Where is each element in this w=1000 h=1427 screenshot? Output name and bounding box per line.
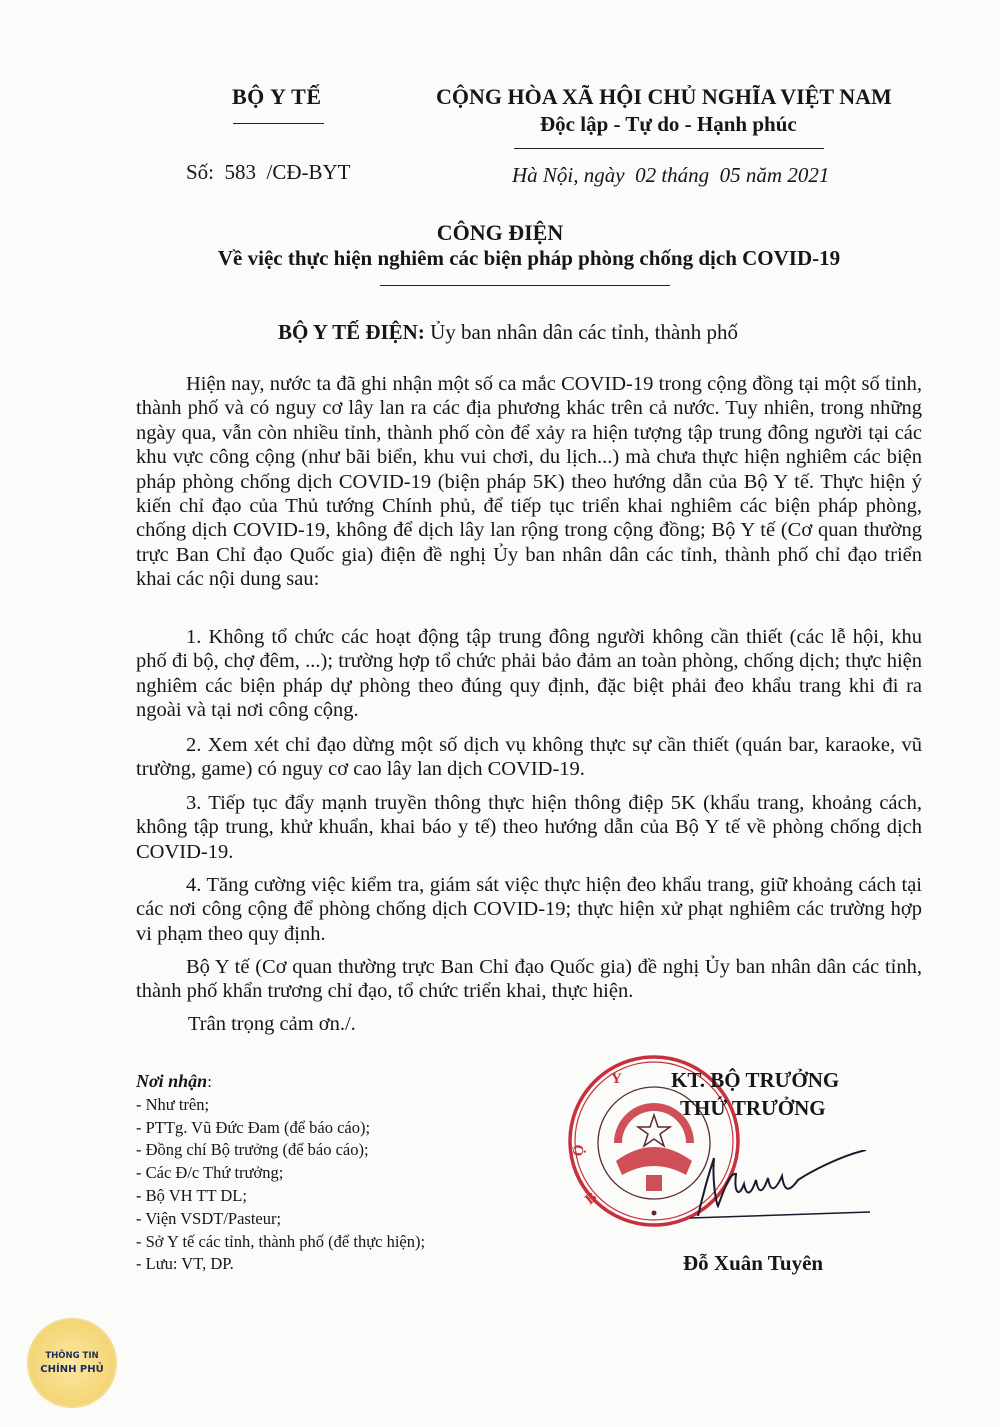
document-type-title: CÔNG ĐIỆN [0, 220, 1000, 246]
intro-text: Hiện nay, nước ta đã ghi nhận một số ca … [136, 373, 922, 590]
signer-name: Đỗ Xuân Tuyên [683, 1251, 823, 1276]
cc-item: - Các Đ/c Thứ trưởng; [136, 1162, 425, 1185]
cc-item: - PTTg. Vũ Đức Đam (để báo cáo); [136, 1117, 425, 1140]
directive-item-3: 3. Tiếp tục đẩy mạnh truyền thông thực h… [136, 791, 922, 864]
cc-item: - Bộ VH TT DL; [136, 1185, 425, 1208]
cc-item: - Lưu: VT, DP. [136, 1253, 425, 1276]
cc-item: - Như trên; [136, 1094, 425, 1117]
recipient-label: BỘ Y TẾ ĐIỆN: [278, 320, 425, 344]
directive-text: 3. Tiếp tục đẩy mạnh truyền thông thực h… [136, 792, 922, 863]
national-motto: Độc lập - Tự do - Hạnh phúc [540, 112, 797, 137]
svg-text:Ộ: Ộ [569, 1143, 588, 1157]
directive-text: 4. Tăng cường việc kiểm tra, giám sát vi… [136, 874, 922, 945]
directive-text: 2. Xem xét chỉ đạo dừng một số dịch vụ k… [136, 734, 922, 780]
watermark-line-1: THÔNG TIN [45, 1350, 98, 1363]
nation-title: CỘNG HÒA XÃ HỘI CHỦ NGHĨA VIỆT NAM [436, 84, 892, 110]
cc-title-colon: : [207, 1072, 212, 1091]
recipient-value: Ủy ban nhân dân các tỉnh, thành phố [425, 320, 738, 344]
subject-underline [380, 285, 670, 286]
cc-item: - Đồng chí Bộ trưởng (để báo cáo); [136, 1139, 425, 1162]
handwritten-signature-icon [690, 1150, 870, 1220]
svg-text:Y: Y [611, 1071, 622, 1087]
document-number: Số: 583 /CĐ-BYT [186, 160, 351, 185]
cc-item: - Sở Y tế các tỉnh, thành phố (để thực h… [136, 1231, 425, 1254]
cc-item: - Viện VSDT/Pasteur; [136, 1208, 425, 1231]
directive-item-4: 4. Tăng cường việc kiểm tra, giám sát vi… [136, 873, 922, 946]
cc-title: Nơi nhận [136, 1071, 207, 1091]
directive-item-1: 1. Không tổ chức các hoạt động tập trung… [136, 625, 922, 723]
recipient-line: BỘ Y TẾ ĐIỆN: Ủy ban nhân dân các tỉnh, … [278, 320, 738, 345]
place-date: Hà Nội, ngày 02 tháng 05 năm 2021 [512, 163, 829, 188]
watermark-line-2: CHÍNH PHỦ [40, 1363, 103, 1376]
issuing-agency: BỘ Y TẾ [232, 84, 322, 110]
closing-text: Bộ Y tế (Cơ quan thường trực Ban Chỉ đạo… [136, 956, 922, 1002]
agency-underline [233, 123, 324, 124]
directive-item-2: 2. Xem xét chỉ đạo dừng một số dịch vụ k… [136, 733, 922, 782]
intro-paragraph: Hiện nay, nước ta đã ghi nhận một số ca … [136, 372, 922, 592]
cc-title-row: Nơi nhận: [136, 1070, 425, 1094]
motto-underline [514, 148, 824, 149]
cc-list: Nơi nhận: - Như trên; - PTTg. Vũ Đức Đam… [136, 1070, 425, 1276]
document-subject: Về việc thực hiện nghiêm các biện pháp p… [0, 246, 1000, 271]
directive-text: 1. Không tổ chức các hoạt động tập trung… [136, 626, 922, 721]
signature-role-line-1: KT. BỘ TRƯỞNG [671, 1068, 839, 1093]
government-info-watermark-logo: THÔNG TIN CHÍNH PHỦ [27, 1318, 117, 1408]
signature-role-line-2: THỨ TRƯỞNG [680, 1096, 826, 1121]
closing-paragraph: Bộ Y tế (Cơ quan thường trực Ban Chỉ đạo… [136, 955, 922, 1004]
thanks-line: Trân trọng cảm ơn./. [188, 1013, 356, 1036]
